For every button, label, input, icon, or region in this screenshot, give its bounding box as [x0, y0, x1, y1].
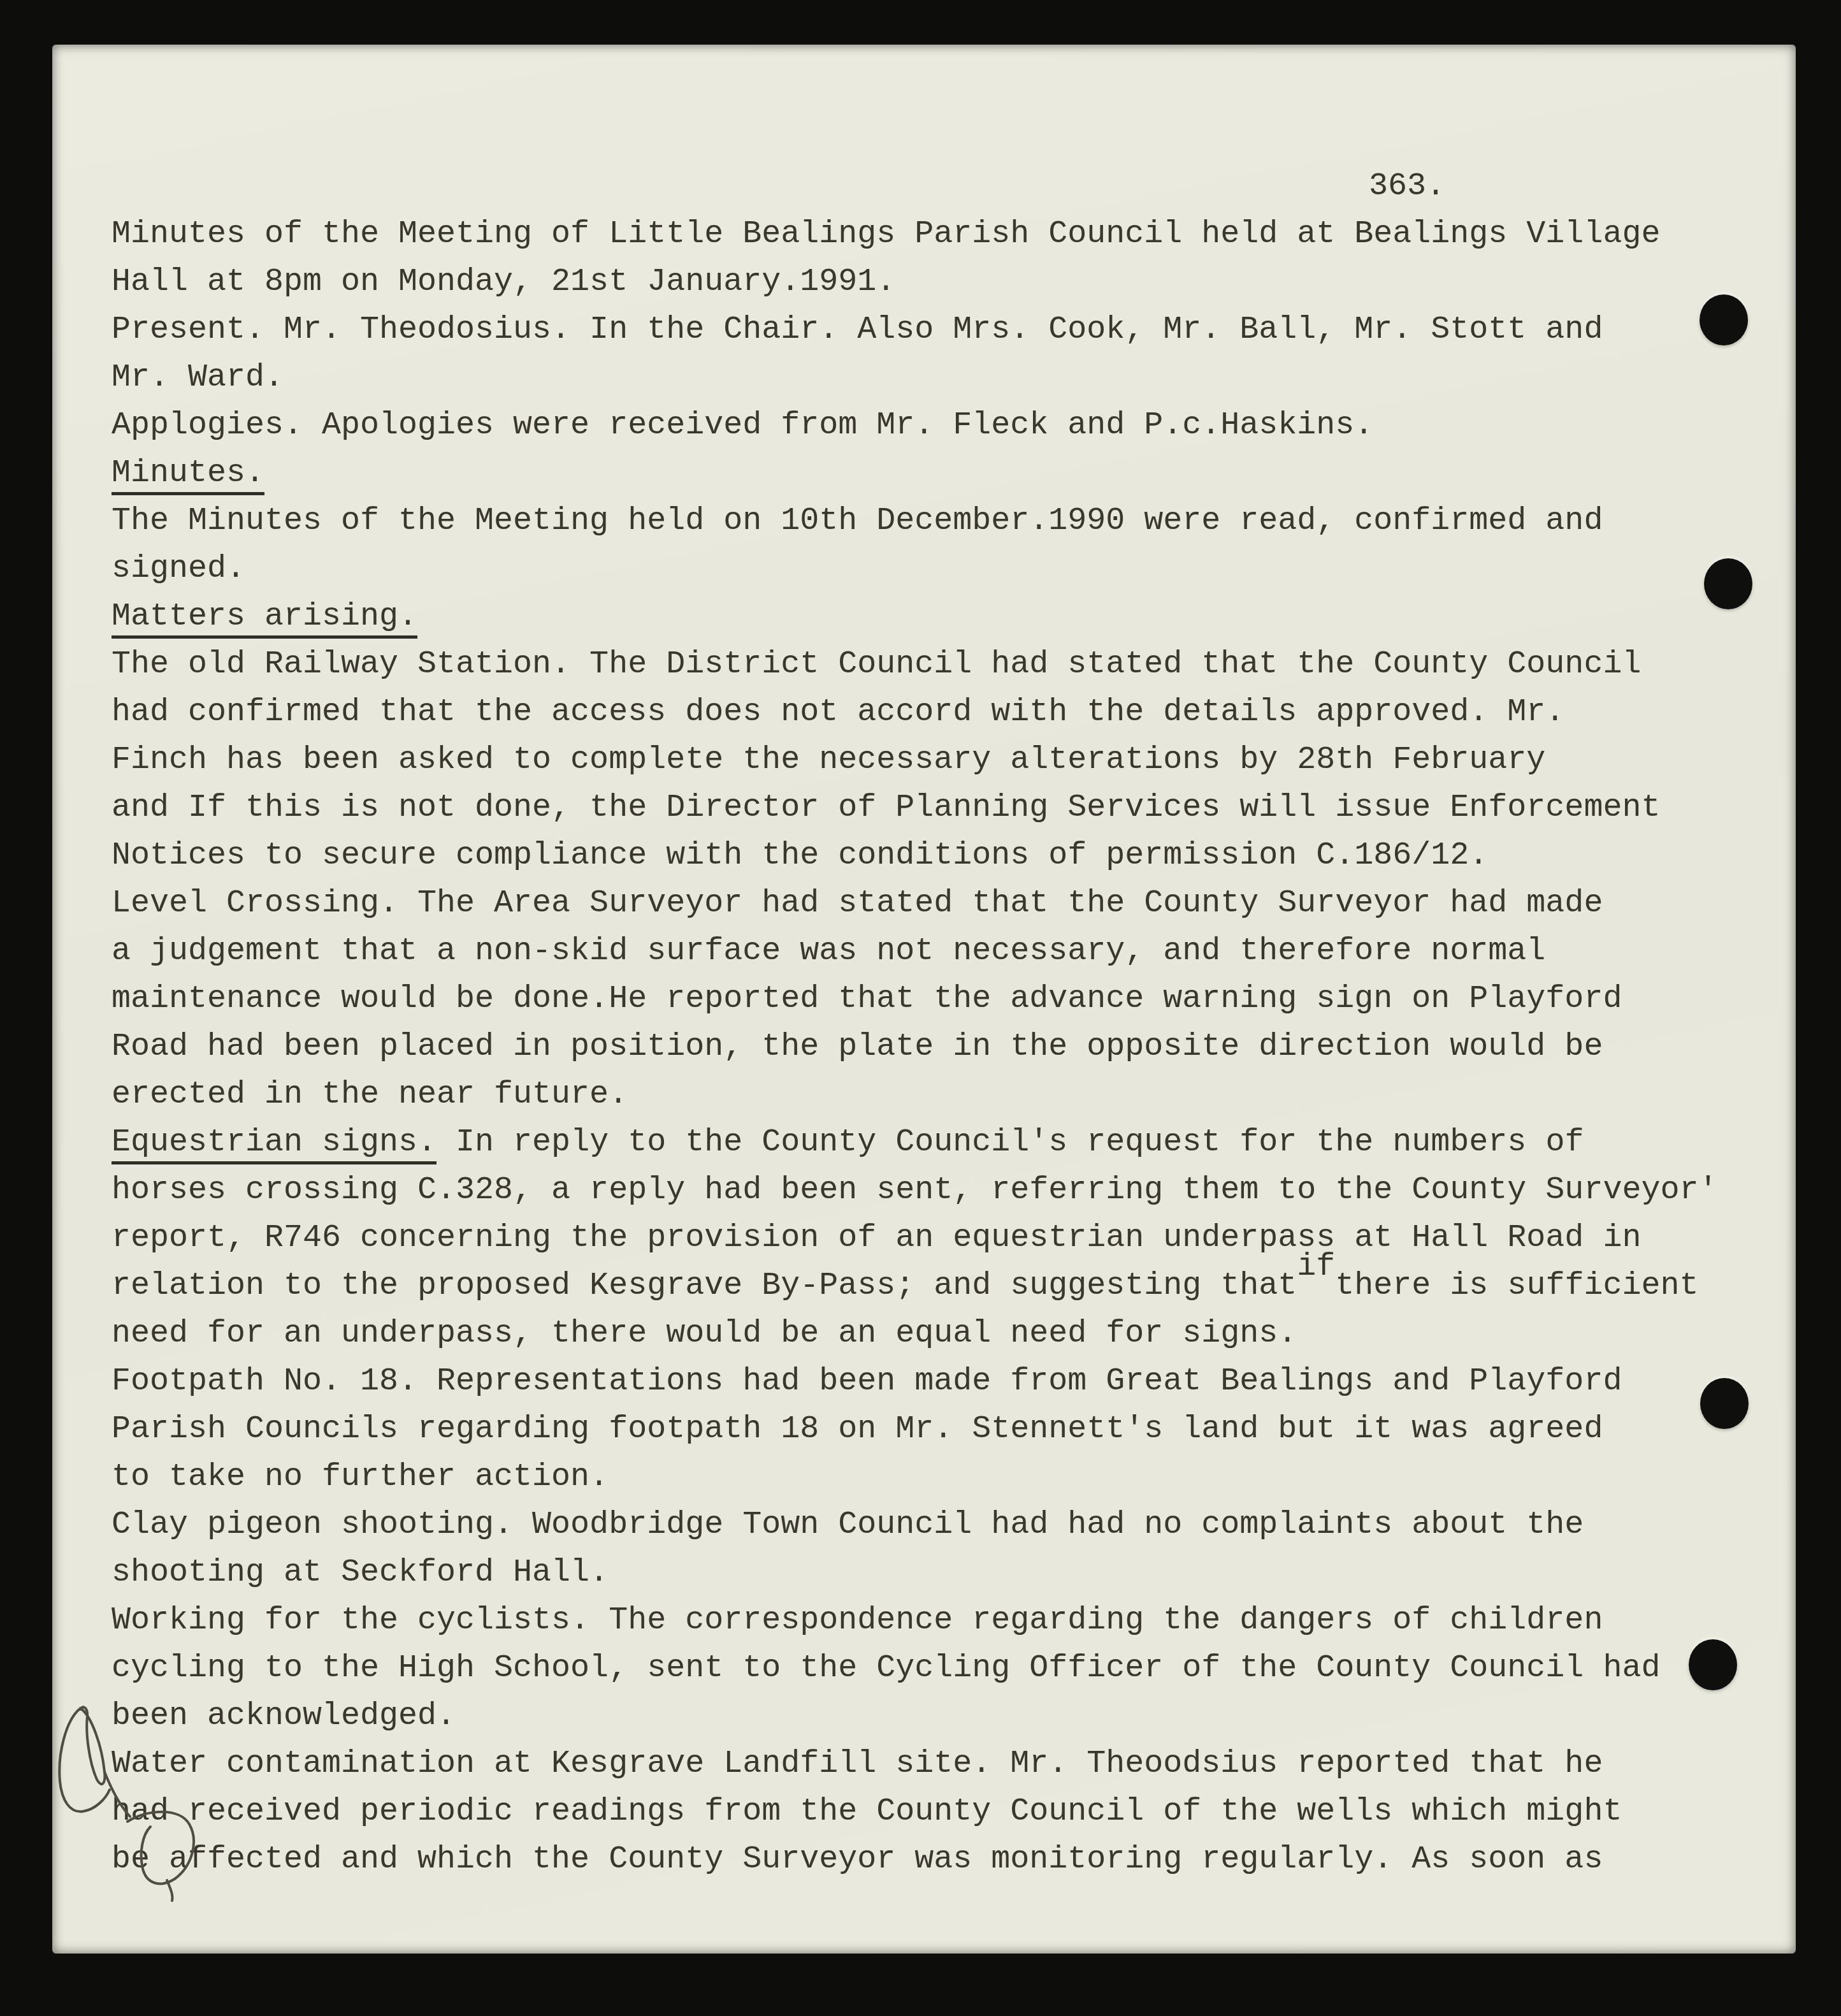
text-line: signed.: [112, 545, 1768, 593]
text-segment: Parish Councils regarding footpath 18 on…: [112, 1411, 1603, 1447]
text-line: erected in the near future.: [112, 1071, 1768, 1119]
text-segment: The Minutes of the Meeting held on 10th …: [112, 503, 1603, 539]
text-segment: Clay pigeon shooting. Woodbridge Town Co…: [112, 1507, 1584, 1543]
text-line: Parish Councils regarding footpath 18 on…: [112, 1405, 1768, 1453]
text-segment: Minutes of the Meeting of Little Bealing…: [112, 216, 1660, 252]
text-line: Matters arising.: [112, 593, 1768, 641]
text-line: horses crossing C.328, a reply had been …: [112, 1166, 1768, 1214]
text-line: be affected and which the County Surveyo…: [112, 1836, 1768, 1883]
underlined-heading: Matters arising.: [112, 598, 417, 639]
text-segment: Working for the cyclists. The correspond…: [112, 1602, 1603, 1639]
text-line: Minutes of the Meeting of Little Bealing…: [112, 210, 1768, 258]
text-line: had received periodic readings from the …: [112, 1788, 1768, 1836]
underlined-heading: Equestrian signs.: [112, 1124, 437, 1164]
text-segment: erected in the near future.: [112, 1077, 628, 1113]
text-line: Applogies. Apologies were received from …: [112, 402, 1768, 449]
text-segment: Mr. Ward.: [112, 359, 284, 396]
text-segment: to take no further action.: [112, 1459, 609, 1495]
hole-punch: [1700, 1378, 1749, 1429]
text-segment: be affected and which the County Surveyo…: [112, 1841, 1603, 1878]
text-segment: In reply to the County Council's request…: [437, 1124, 1584, 1161]
text-line: Equestrian signs. In reply to the County…: [112, 1119, 1768, 1166]
text-line: Clay pigeon shooting. Woodbridge Town Co…: [112, 1501, 1768, 1549]
text-segment: Water contamination at Kesgrave Landfill…: [112, 1746, 1603, 1782]
text-line: Level Crossing. The Area Surveyor had st…: [112, 880, 1768, 927]
text-line: to take no further action.: [112, 1453, 1768, 1501]
text-segment: Road had been placed in position, the pl…: [112, 1029, 1603, 1065]
hole-punch: [1700, 294, 1748, 345]
text-segment: a judgement that a non-skid surface was …: [112, 933, 1545, 969]
text-line: Present. Mr. Theodosius. In the Chair. A…: [112, 306, 1768, 354]
text-segment: The old Railway Station. The District Co…: [112, 646, 1641, 683]
text-segment: maintenance would be done.He reported th…: [112, 981, 1622, 1017]
text-segment: shooting at Seckford Hall.: [112, 1555, 609, 1591]
text-line: and If this is not done, the Director of…: [112, 784, 1768, 832]
text-segment: Present. Mr. Theodosius. In the Chair. A…: [112, 312, 1603, 348]
text-segment: horses crossing C.328, a reply had been …: [112, 1172, 1717, 1208]
text-line: had confirmed that the access does not a…: [112, 688, 1768, 736]
text-segment: cycling to the High School, sent to the …: [112, 1650, 1660, 1686]
pen-annotation: [52, 1676, 282, 1944]
hole-punch: [1704, 558, 1752, 609]
text-line: The Minutes of the Meeting held on 10th …: [112, 497, 1768, 545]
text-line: Water contamination at Kesgrave Landfill…: [112, 1740, 1768, 1788]
text-line: The old Railway Station. The District Co…: [112, 641, 1768, 688]
underlined-heading: Minutes.: [112, 455, 264, 495]
text-segment: Level Crossing. The Area Surveyor had st…: [112, 885, 1603, 922]
document-page: 363. Minutes of the Meeting of Little Be…: [52, 45, 1796, 1954]
text-segment: had received periodic readings from the …: [112, 1794, 1622, 1830]
text-segment: Finch has been asked to complete the nec…: [112, 742, 1545, 778]
text-segment: need for an underpass, there would be an…: [112, 1316, 1297, 1352]
text-line: relation to the proposed Kesgrave By-Pas…: [112, 1262, 1768, 1310]
text-line: need for an underpass, there would be an…: [112, 1310, 1768, 1358]
text-line: cycling to the High School, sent to the …: [112, 1644, 1768, 1692]
text-line: Finch has been asked to complete the nec…: [112, 736, 1768, 784]
text-segment: had confirmed that the access does not a…: [112, 694, 1564, 730]
hole-punch: [1689, 1639, 1737, 1690]
text-line: shooting at Seckford Hall.: [112, 1549, 1768, 1597]
text-segment: signed.: [112, 551, 245, 587]
text-line: Minutes.: [112, 449, 1768, 497]
text-segment: Hall at 8pm on Monday, 21st January.1991…: [112, 264, 895, 300]
text-line: Footpath No. 18. Representations had bee…: [112, 1358, 1768, 1405]
text-segment: relation to the proposed Kesgrave By-Pas…: [112, 1268, 1297, 1304]
scan-background: 363. Minutes of the Meeting of Little Be…: [0, 0, 1841, 2016]
text-line: Road had been placed in position, the pl…: [112, 1023, 1768, 1071]
text-segment: report, R746 concerning the provision of…: [112, 1220, 1641, 1256]
text-line: report, R746 concerning the provision of…: [112, 1214, 1768, 1262]
text-lines: Minutes of the Meeting of Little Bealing…: [112, 210, 1768, 1883]
page-number: 363.: [1369, 163, 1445, 210]
text-line: maintenance would be done.He reported th…: [112, 975, 1768, 1023]
text-segment: Footpath No. 18. Representations had bee…: [112, 1363, 1622, 1400]
text-line: Hall at 8pm on Monday, 21st January.1991…: [112, 258, 1768, 306]
text-line: Notices to secure compliance with the co…: [112, 832, 1768, 880]
text-line: been acknowledged.: [112, 1692, 1768, 1740]
superscript-insertion: if: [1297, 1249, 1335, 1285]
text-segment: Applogies. Apologies were received from …: [112, 407, 1373, 444]
text-segment: and If this is not done, the Director of…: [112, 790, 1660, 826]
text-line: Working for the cyclists. The correspond…: [112, 1597, 1768, 1644]
text-segment: Notices to secure compliance with the co…: [112, 838, 1488, 874]
text-segment: there is sufficient: [1335, 1268, 1698, 1304]
text-line: a judgement that a non-skid surface was …: [112, 927, 1768, 975]
text-line: Mr. Ward.: [112, 354, 1768, 402]
